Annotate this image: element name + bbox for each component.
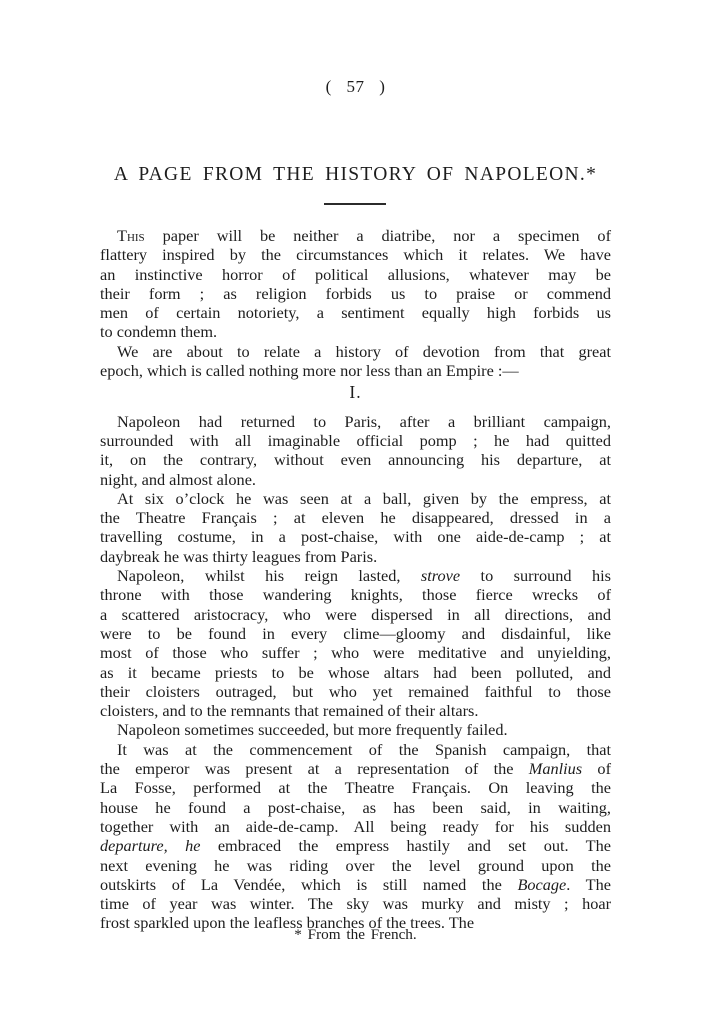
paragraph: This paper will be neither a diatribe, n… (100, 226, 611, 342)
text-line: daybreak he was thirty leagues from Pari… (100, 547, 611, 566)
text-line: as it became priests to be whose altars … (100, 663, 611, 682)
text-line: Napoleon had returned to Paris, after a … (100, 412, 611, 431)
text-line: to condemn them. (100, 322, 611, 341)
text-line: their cloisters outraged, but who yet re… (100, 682, 611, 701)
text-line: La Fosse, performed at the Theatre Franç… (100, 778, 611, 797)
text-line: night, and almost alone. (100, 470, 611, 489)
text-line: We are about to relate a history of devo… (100, 342, 611, 361)
text-line: the emperor was present at a representat… (100, 759, 611, 778)
title-rule (324, 203, 386, 205)
paragraph: We are about to relate a history of devo… (100, 342, 611, 381)
text-line: next evening he was riding over the leve… (100, 856, 611, 875)
text-line: were to be found in every clime—gloomy a… (100, 624, 611, 643)
paragraph: At six o’clock he was seen at a ball, gi… (100, 489, 611, 566)
text-line: epoch, which is called nothing more nor … (100, 361, 611, 380)
page-number: ( 57 ) (0, 77, 711, 97)
book-page: ( 57 ) A PAGE FROM THE HISTORY OF NAPOLE… (0, 0, 711, 1025)
text-line: an instinctive horror of political allus… (100, 265, 611, 284)
text-line: This paper will be neither a diatribe, n… (100, 226, 611, 245)
section-heading: I. (100, 383, 611, 402)
paragraph: It was at the commencement of the Spanis… (100, 740, 611, 933)
footnote: * From the French. (0, 926, 711, 944)
text-line: Napoleon, whilst his reign lasted, strov… (100, 566, 611, 585)
text-line: flattery inspired by the circumstances w… (100, 245, 611, 264)
text-line: time of year was winter. The sky was mur… (100, 894, 611, 913)
text-line: outskirts of La Vendée, which is still n… (100, 875, 611, 894)
text-line: It was at the commencement of the Spanis… (100, 740, 611, 759)
text-line: house he found a post-chaise, as has bee… (100, 798, 611, 817)
text-line: the Theatre Français ; at eleven he disa… (100, 508, 611, 527)
text-line: Napoleon sometimes succeeded, but more f… (100, 720, 611, 739)
text-line: At six o’clock he was seen at a ball, gi… (100, 489, 611, 508)
text-line: cloisters, and to the remnants that rema… (100, 701, 611, 720)
paragraph: Napoleon sometimes succeeded, but more f… (100, 720, 611, 739)
text-line: it, on the contrary, without even announ… (100, 450, 611, 469)
text-line: departure, he embraced the empress hasti… (100, 836, 611, 855)
body-text: This paper will be neither a diatribe, n… (100, 226, 611, 933)
text-line: men of certain notoriety, a sentiment eq… (100, 303, 611, 322)
paragraph: Napoleon had returned to Paris, after a … (100, 412, 611, 489)
text-line: travelling costume, in a post-chaise, wi… (100, 527, 611, 546)
text-line: together with an aide-de-camp. All being… (100, 817, 611, 836)
text-line: surrounded with all imaginable official … (100, 431, 611, 450)
article-title: A PAGE FROM THE HISTORY OF NAPOLEON.* (0, 164, 711, 186)
text-line: a scattered aristocracy, who were disper… (100, 605, 611, 624)
text-line: most of those who suffer ; who were medi… (100, 643, 611, 662)
text-line: their form ; as religion forbids us to p… (100, 284, 611, 303)
text-line: throne with those wandering knights, tho… (100, 585, 611, 604)
paragraph: Napoleon, whilst his reign lasted, strov… (100, 566, 611, 720)
